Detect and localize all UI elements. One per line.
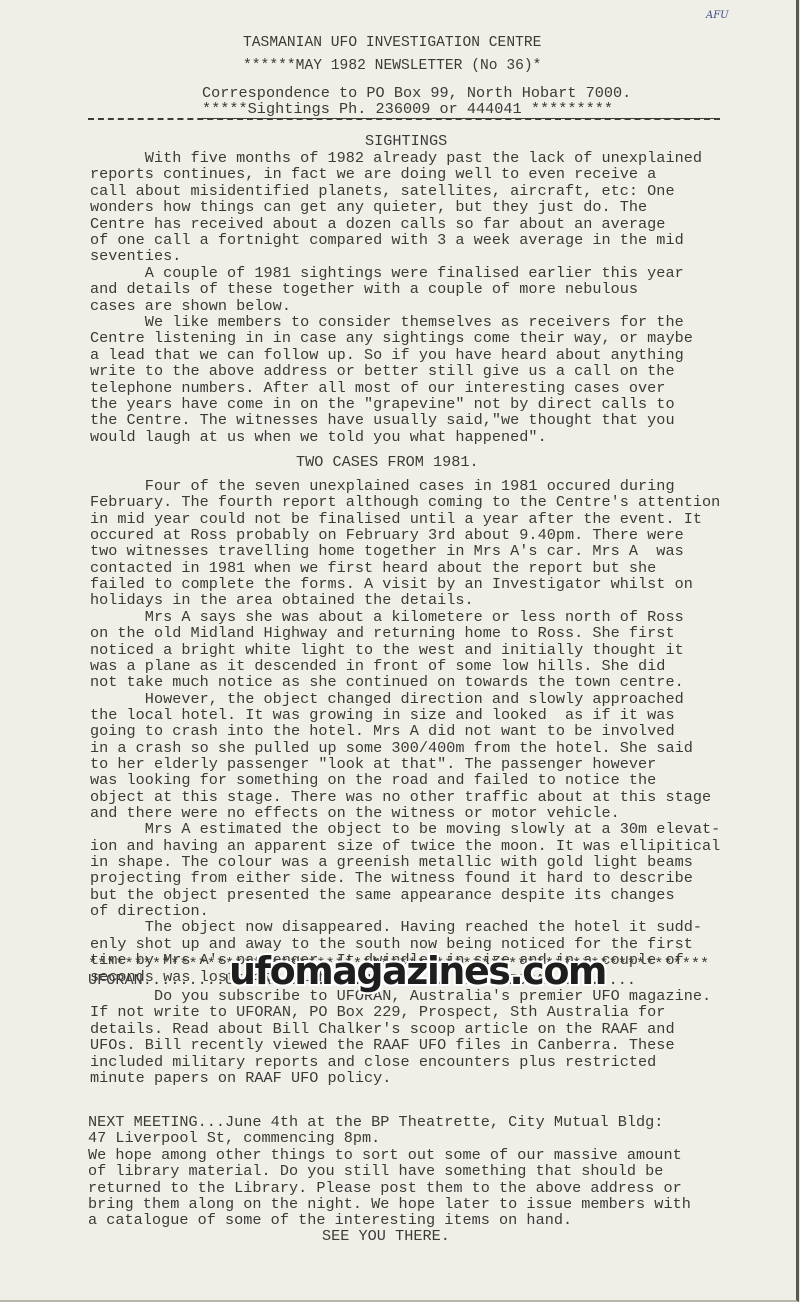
issue-line: ******MAY 1982 NEWSLETTER (No 36)* bbox=[243, 58, 541, 74]
text-line: to her elderly passenger "look at that".… bbox=[90, 756, 656, 772]
text-line: the Centre. The witnesses have usually s… bbox=[90, 412, 675, 428]
text-line: would laugh at us when we told you what … bbox=[90, 429, 547, 445]
text-line: cases are shown below. bbox=[90, 298, 291, 314]
text-line: not take much notice as she continued on… bbox=[90, 674, 684, 690]
text-line: two witnesses travelling home together i… bbox=[90, 543, 684, 559]
text-line: We hope among other things to sort out s… bbox=[88, 1147, 682, 1163]
text-line: seventies. bbox=[90, 248, 181, 264]
text-line: write to the above address or better sti… bbox=[90, 363, 675, 379]
text-line: and details of these together with a cou… bbox=[90, 281, 638, 297]
text-line: noticed a bright white light to the west… bbox=[90, 642, 684, 658]
text-line: bring them along on the night. We hope l… bbox=[88, 1196, 691, 1212]
text-line: returned to the Library. Please post the… bbox=[88, 1180, 682, 1196]
text-line: However, the object changed direction an… bbox=[90, 691, 684, 707]
text-line: was a plane as it descended in front of … bbox=[90, 658, 665, 674]
text-line: February. The fourth report although com… bbox=[90, 494, 720, 510]
text-line: reports continues, in fact we are doing … bbox=[90, 166, 656, 182]
correspondence-line: Correspondence to PO Box 99, North Hobar… bbox=[202, 85, 631, 101]
text-line: of library material. Do you still have s… bbox=[88, 1163, 663, 1179]
text-line: occured at Ross probably on February 3rd… bbox=[90, 527, 684, 543]
signoff: SEE YOU THERE. bbox=[322, 1228, 450, 1244]
newsletter-page: AFU TASMANIAN UFO INVESTIGATION CENTRE *… bbox=[0, 0, 799, 1302]
org-title: TASMANIAN UFO INVESTIGATION CENTRE bbox=[243, 35, 541, 51]
text-line: of one call a fortnight compared with 3 … bbox=[90, 232, 684, 248]
text-line: was looking for something on the road an… bbox=[90, 772, 656, 788]
text-line: a catalogue of some of the interesting i… bbox=[88, 1212, 572, 1228]
watermark-logo: ufomagazines.com bbox=[229, 951, 606, 991]
text-line: holidays in the area obtained the detail… bbox=[90, 592, 474, 608]
text-line: of direction. bbox=[90, 903, 209, 919]
text-line: Mrs A says she was about a kilometere or… bbox=[90, 609, 684, 625]
text-line: object at this stage. There was no other… bbox=[90, 789, 711, 805]
text-line: the local hotel. It was growing in size … bbox=[90, 707, 675, 723]
handwritten-annotation: AFU bbox=[706, 10, 729, 21]
text-line: in a crash so she pulled up some 300/400… bbox=[90, 740, 693, 756]
text-line: We like members to consider themselves a… bbox=[90, 314, 684, 330]
text-line: going to crash into the hotel. Mrs A did… bbox=[90, 723, 675, 739]
text-line: The object now disappeared. Having reach… bbox=[90, 919, 702, 935]
text-line: Four of the seven unexplained cases in 1… bbox=[90, 478, 675, 494]
cases-heading: TWO CASES FROM 1981. bbox=[296, 454, 479, 470]
text-line: minute papers on RAAF UFO policy. bbox=[90, 1070, 391, 1086]
text-line: 47 Liverpool St, commencing 8pm. bbox=[88, 1130, 380, 1146]
phones-line: *****Sightings Ph. 236009 or 444041 ****… bbox=[202, 101, 613, 117]
text-line: a lead that we can follow up. So if you … bbox=[90, 347, 684, 363]
text-line: UFOs. Bill recently viewed the RAAF UFO … bbox=[90, 1037, 675, 1053]
text-line: contacted in 1981 when we first heard ab… bbox=[90, 560, 656, 576]
text-line: Mrs A estimated the object to be moving … bbox=[90, 821, 720, 837]
text-line: the years have come in on the "grapevine… bbox=[90, 396, 675, 412]
text-line: in shape. The colour was a greenish meta… bbox=[90, 854, 693, 870]
text-line: included military reports and close enco… bbox=[90, 1054, 656, 1070]
text-line: call about misidentified planets, satell… bbox=[90, 183, 675, 199]
text-line: With five months of 1982 already past th… bbox=[90, 150, 702, 166]
text-line: telephone numbers. After all most of our… bbox=[90, 380, 665, 396]
text-line: Centre listening in in case any sighting… bbox=[90, 330, 693, 346]
text-line: projecting from either side. The witness… bbox=[90, 870, 693, 886]
text-line: and there were no effects on the witness… bbox=[90, 805, 620, 821]
text-line: in mid year could not be finalised until… bbox=[90, 511, 702, 527]
sightings-heading: SIGHTINGS bbox=[365, 133, 447, 149]
text-line: details. Read about Bill Chalker's scoop… bbox=[90, 1021, 675, 1037]
text-line: but the object presented the same appear… bbox=[90, 887, 675, 903]
text-line: NEXT MEETING...June 4th at the BP Theatr… bbox=[88, 1114, 663, 1130]
text-line: Centre has received about a dozen calls … bbox=[90, 216, 665, 232]
text-line: ion and having an apparent size of twice… bbox=[90, 838, 720, 854]
text-line: If not write to UFORAN, PO Box 229, Pros… bbox=[90, 1004, 665, 1020]
text-line: A couple of 1981 sightings were finalise… bbox=[90, 265, 684, 281]
header-underline bbox=[200, 118, 720, 119]
text-line: failed to complete the forms. A visit by… bbox=[90, 576, 693, 592]
text-line: on the old Midland Highway and returning… bbox=[90, 625, 675, 641]
text-line: wonders how things can get any quieter, … bbox=[90, 199, 647, 215]
